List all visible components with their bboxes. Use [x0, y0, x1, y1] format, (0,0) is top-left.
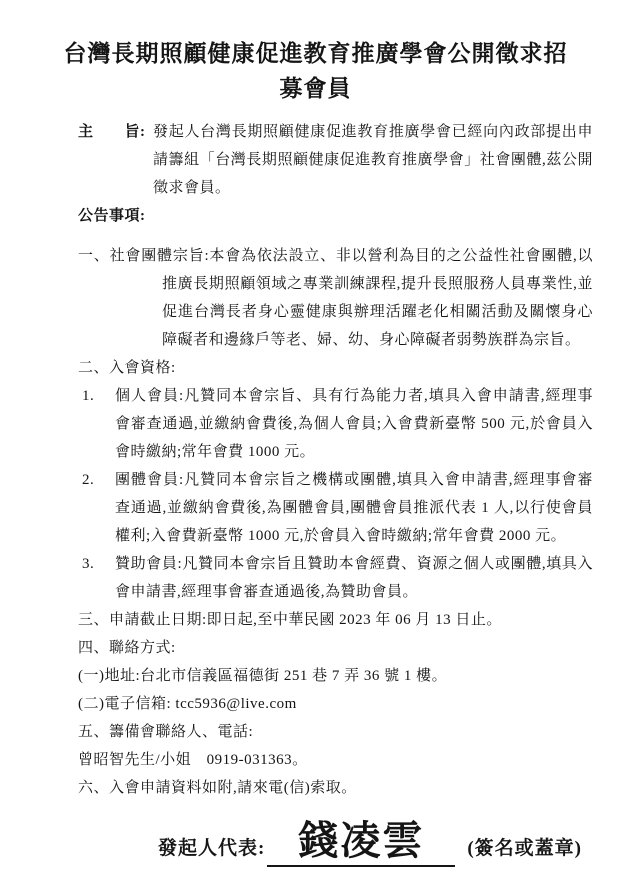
section-two-heading: 二、入會資格:	[78, 354, 593, 382]
membership-item-group: 2. 團體會員:凡贊同本會宗旨之機構或團體,填具入會申請書,經理事會審查通過,並…	[82, 466, 593, 550]
page-title: 台灣長期照顧健康促進教育推廣學會公開徵求招募會員	[58, 36, 573, 106]
item-number: 1.	[82, 382, 94, 410]
contact-person-phone: 曾昭智先生/小姐 0919-031363。	[78, 746, 593, 774]
announcement-heading: 公告事項:	[78, 202, 593, 230]
signature-row: 發起人代表: 錢凌雲 (簽名或蓋章)	[78, 820, 593, 867]
section-three-deadline: 三、申請截止日期:即日起,至中華民國 2023 年 06 月 13 日止。	[78, 606, 593, 634]
section-one-purpose: 一、社會團體宗旨:本會為依法設立、非以營利為目的之公益性社會團體,以推廣長期照顧…	[78, 242, 593, 354]
section-six-note: 六、入會申請資料如附,請來電(信)索取。	[78, 774, 593, 802]
subject-label: 主 旨:	[78, 118, 146, 146]
signature-name: 錢凌雲	[298, 819, 424, 863]
signature-label: 發起人代表:	[158, 835, 265, 863]
item-text: 團體會員:凡贊同本會宗旨之機構或團體,填具入會申請書,經理事會審查通過,並繳納會…	[115, 472, 593, 544]
contact-address: (一)地址:台北市信義區福德街 251 巷 7 弄 36 號 1 樓。	[78, 662, 593, 690]
section-one-label: 一、	[78, 248, 110, 264]
document-page: 台灣長期照顧健康促進教育推廣學會公開徵求招募會員 主 旨: 發起人台灣長期照顧健…	[0, 0, 631, 895]
subject-text: 發起人台灣長期照顧健康促進教育推廣學會已經向內政部提出申請籌組「台灣長期照顧健康…	[153, 124, 593, 196]
signature-note: (簽名或蓋章)	[467, 835, 582, 863]
item-text: 贊助會員:凡贊同本會宗旨且贊助本會經費、資源之個人或團體,填具入會申請書,經理事…	[115, 556, 593, 600]
item-number: 3.	[82, 550, 94, 578]
signature-underline: 錢凌雲	[267, 820, 455, 867]
membership-item-sponsor: 3. 贊助會員:凡贊同本會宗旨且贊助本會經費、資源之個人或團體,填具入會申請書,…	[82, 550, 593, 606]
subject-paragraph: 主 旨: 發起人台灣長期照顧健康促進教育推廣學會已經向內政部提出申請籌組「台灣長…	[78, 118, 593, 202]
membership-item-individual: 1. 個人會員:凡贊同本會宗旨、具有行為能力者,填具入會申請書,經理事會審查通過…	[82, 382, 593, 466]
section-four-heading: 四、聯絡方式:	[78, 634, 593, 662]
item-text: 個人會員:凡贊同本會宗旨、具有行為能力者,填具入會申請書,經理事會審查通過,並繳…	[115, 388, 593, 460]
item-number: 2.	[82, 466, 94, 494]
contact-email: (二)電子信箱: tcc5936@live.com	[78, 690, 593, 718]
section-five-heading: 五、籌備會聯絡人、電話:	[78, 718, 593, 746]
section-one-text: 社會團體宗旨:本會為依法設立、非以營利為目的之公益性社會團體,以推廣長期照顧領域…	[110, 248, 593, 348]
